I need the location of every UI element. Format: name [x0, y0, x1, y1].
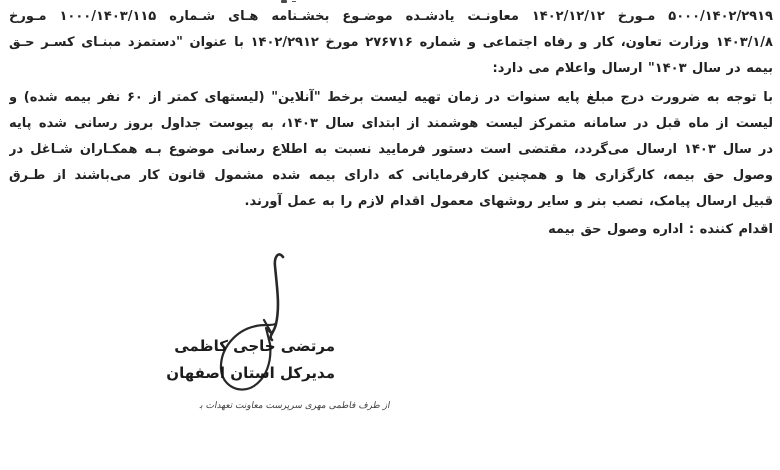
letter-line: لیست از ماه قبل در سامانه متمرکز لیست هو…	[9, 111, 773, 137]
letter-line: ۱۴۰۳/۱/۸ وزارت تعاون، کار و رفاه اجتماعی…	[9, 30, 773, 56]
letter-line: قبیل ارسال پیامک، نصب بنر و سایر روشهای …	[9, 189, 773, 215]
letter-line: در سال ۱۴۰۳ ارسال می‌گردد، مقتضی است دست…	[9, 137, 773, 163]
paragraph-body: با توجه به ضرورت درج مبلغ پایه سنوات در …	[9, 85, 773, 215]
paragraph-intro: ۵۰۰۰/۱۴۰۲/۲۹۱۹ مـورخ ۱۴۰۲/۱۲/۱۲ معاونـت …	[9, 4, 773, 82]
action-line: اقدام کننده : اداره وصول حق بیمه	[9, 217, 773, 243]
scanned-letter-page: ۵۰۰۰/۱۴۰۲/۲۹۱۹ مـورخ ۱۴۰۲/۱۲/۱۲ معاونـت …	[0, 0, 780, 470]
cropped-previous-line-mark	[281, 0, 287, 3]
signature-scribble	[206, 250, 306, 398]
letter-body: ۵۰۰۰/۱۴۰۲/۲۹۱۹ مـورخ ۱۴۰۲/۱۲/۱۲ معاونـت …	[9, 4, 773, 243]
letter-line: با توجه به ضرورت درج مبلغ پایه سنوات در …	[9, 85, 773, 111]
letter-line: بیمه در سال ۱۴۰۳" ارسال واعلام می دارد:	[9, 56, 773, 82]
signature-note: از طرف فاطمی مهری سرپرست معاونت تعهدات ب…	[199, 399, 391, 413]
letter-line: وصول حق بیمه، کارگزاری ها و همچنین کارفر…	[9, 163, 773, 189]
letter-line: ۵۰۰۰/۱۴۰۲/۲۹۱۹ مـورخ ۱۴۰۲/۱۲/۱۲ معاونـت …	[9, 4, 773, 30]
